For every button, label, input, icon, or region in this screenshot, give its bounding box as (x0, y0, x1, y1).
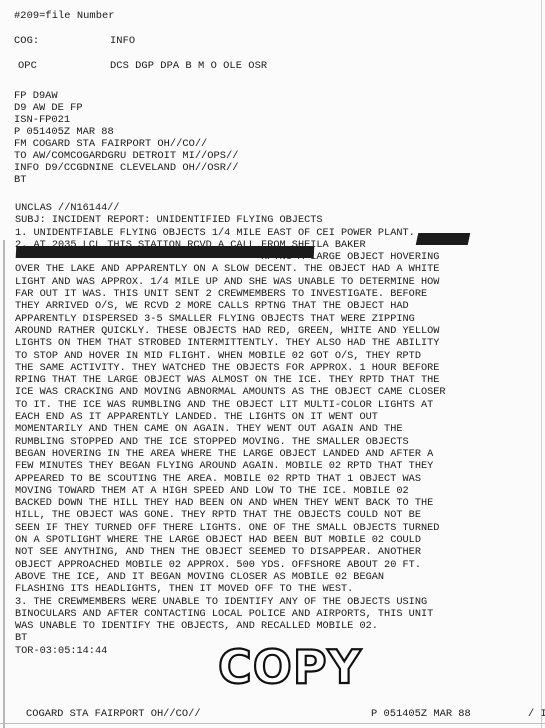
message-line: FEW MINUTES THEY BEGAN FLYING AROUND AGA… (15, 460, 540, 472)
message-line: APPARENTLY DISPERSED 3-5 SMALLER FLYING … (15, 313, 540, 325)
message-line: ICE WAS CRACKING AND MOVING ABNORMAL AMO… (15, 386, 540, 398)
message-line: SEEN IF THEY TURNED OFF THERE LIGHTS. ON… (15, 522, 540, 534)
message-line: BINOCULARS AND AFTER CONTACTING LOCAL PO… (15, 608, 540, 620)
message-line: TO STOP AND HOVER IN MID FLIGHT. WHEN MO… (15, 350, 540, 362)
cog-value: INFO (110, 35, 135, 47)
routing-line: FM COGARD STA FAIRPORT OH//CO// (14, 138, 539, 150)
page-edge-right (541, 0, 542, 728)
routing-line: TO AW/COMCOGARDGRU DETROIT MI//OPS// (14, 150, 539, 162)
footer-station: COGARD STA FAIRPORT OH//CO// (26, 708, 201, 720)
message-line: BACKED DOWN THE HILL THEY HAD BEEN ON AN… (15, 497, 540, 509)
message-line: RPING THAT THE LARGE OBJECT WAS ALMOST O… (15, 374, 540, 386)
message-line: EACH END AS IT APPARENTLY LANDED. THE LI… (15, 411, 540, 423)
routing-line: FP D9AW (14, 90, 539, 102)
redaction-bar (16, 246, 315, 258)
cog-label: COG: (14, 35, 39, 47)
message-line: APPEARED TO BE SCOUTING THE AREA. MOBILE… (15, 473, 540, 485)
file-number: #209=file Number (14, 10, 115, 22)
routing-block: FP D9AW D9 AW DE FP ISN-FP021 P 051405Z … (14, 90, 539, 186)
message-line: OVER THE LAKE AND APPARENTLY ON A SLOW D… (15, 263, 540, 275)
message-line: FLASHING ITS HEADLIGHTS, THEN IT MOVED O… (15, 583, 540, 595)
message-line: THE SAME ACTIVITY. THEY WATCHED THE OBJE… (15, 362, 540, 374)
opc-label: OPC (18, 60, 37, 72)
message-line: LIGHTS ON THEM THAT STROBED INTERMITTENT… (15, 337, 540, 349)
message-line: AROUND RATHER QUICKLY. THESE OBJECTS HAD… (15, 325, 540, 337)
message-line: LIGHT AND WAS APPROX. 1/4 MILE UP AND SH… (15, 276, 540, 288)
routing-line: INFO D9/CCGDNINE CLEVELAND OH//OSR// (14, 162, 539, 174)
copy-stamp: COPY (218, 642, 362, 692)
message-line: ABOVE THE ICE, AND IT BEGAN MOVING CLOSE… (15, 571, 540, 583)
footer-dtg: P 051405Z MAR 88 (371, 708, 471, 720)
page-edge-bottom (0, 723, 545, 724)
message-line: 3. THE CREWMEMBERS WERE UNABLE TO IDENTI… (15, 596, 540, 608)
routing-line: ISN-FP021 (14, 114, 539, 126)
message-line: OBJECT APPROACHED MOBILE 02 APPROX. 500 … (15, 559, 540, 571)
redaction-bar (416, 233, 471, 245)
routing-line: P 051405Z MAR 88 (14, 126, 539, 138)
message-line: MOMENTARILY AND THEN CAME ON AGAIN. THEY… (15, 423, 540, 435)
message-line: WAS UNABLE TO IDENTIFY THE OBJECTS, AND … (15, 620, 540, 632)
message-line: TO IT. THE ICE WAS RUMBLING AND THE OBJE… (15, 399, 540, 411)
message-line: UNCLAS //N16144// (15, 202, 540, 214)
message-body: UNCLAS //N16144//SUBJ: INCIDENT REPORT: … (15, 202, 540, 657)
opc-distribution: DCS DGP DPA B M O OLE OSR (110, 60, 267, 72)
page-edge-left (3, 240, 5, 728)
message-line: THEY ARRIVED O/S, WE RCVD 2 MORE CALLS R… (15, 300, 540, 312)
document-page: #209=file Number COG: INFO OPC DCS DGP D… (0, 0, 545, 728)
message-line: RUMBLING STOPPED AND THE ICE STOPPED MOV… (15, 436, 540, 448)
message-line: HILL, THE OBJECT WAS GONE. THEY RPTD THA… (15, 509, 540, 521)
routing-line: D9 AW DE FP (14, 102, 539, 114)
message-line: MOVING TOWARD THEM AT A HIGH SPEED AND L… (15, 485, 540, 497)
message-line: FAR OUT IT WAS. THIS UNIT SENT 2 CREWMEM… (15, 288, 540, 300)
message-line: ON A SPOTLIGHT WHERE THE LARGE OBJECT HA… (15, 534, 540, 546)
message-line: NOT SEE ANYTHING, AND THEN THE OBJECT SE… (15, 546, 540, 558)
routing-line: BT (14, 174, 539, 186)
message-line: BEGAN HOVERING IN THE AREA WHERE THE LAR… (15, 448, 540, 460)
footer-page-mark: / I (528, 708, 545, 720)
message-line: SUBJ: INCIDENT REPORT: UNIDENTIFIED FLYI… (15, 214, 540, 226)
